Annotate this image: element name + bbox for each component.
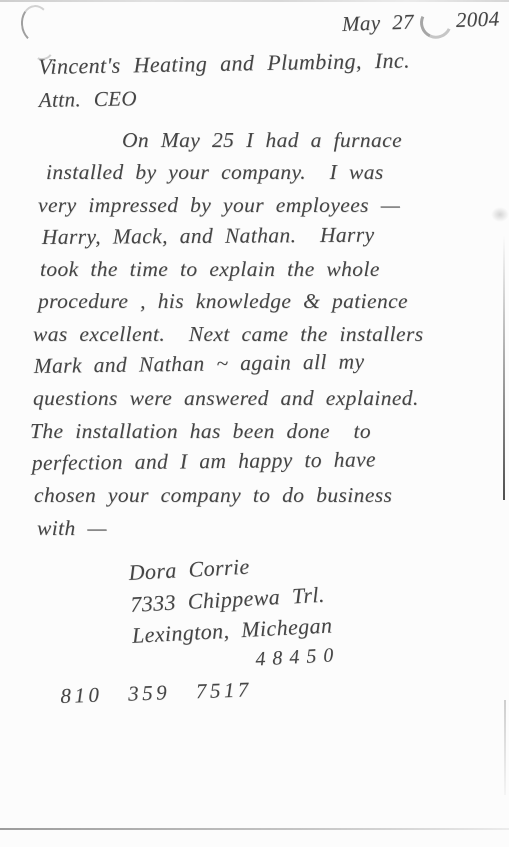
- scanned-letter-page: May 27 2004 Vincent's Heating and Plumbi…: [0, 0, 509, 847]
- date-month-day: May 27: [342, 9, 415, 36]
- scan-top-edge-line: [0, 0, 509, 2]
- body-line: very impressed by your employees —: [38, 193, 498, 225]
- scan-ring-mark: [415, 2, 456, 43]
- body-line: Mark and Nathan ~ again all my: [34, 348, 498, 387]
- letter-date: May 27 2004: [341, 1, 500, 42]
- letter-body: On May 25 I had a furnace installed by y…: [36, 128, 498, 548]
- body-line: Harry, Mack, and Nathan. Harry: [42, 222, 498, 257]
- signature-block: Dora Corrie 7333 Chippewa Trl. Lexington…: [128, 549, 341, 686]
- scan-right-edge-line: [503, 235, 505, 500]
- body-line: took the time to explain the whole: [40, 257, 498, 289]
- recipient-attn-line: Attn. CEO: [39, 82, 411, 122]
- scan-curve-mark: [19, 4, 53, 45]
- body-line: with —: [37, 516, 498, 548]
- scan-right-edge-line-lower: [504, 700, 506, 795]
- body-line: procedure , his knowledge & patience: [38, 289, 498, 321]
- recipient-block: Vincent's Heating and Plumbing, Inc. Att…: [38, 48, 411, 122]
- body-line: questions were answered and explained.: [33, 386, 498, 418]
- body-line: chosen your company to do business: [34, 483, 498, 515]
- signature-zip: 48450: [255, 644, 342, 680]
- date-year: 2004: [455, 6, 499, 33]
- scan-bottom-edge-line: [0, 828, 509, 830]
- body-line: perfection and I am happy to have: [32, 446, 498, 483]
- body-line: installed by your company. I was: [46, 160, 498, 192]
- body-line: On May 25 I had a furnace: [36, 128, 498, 160]
- signature-phone: 810 359 7517: [60, 677, 252, 709]
